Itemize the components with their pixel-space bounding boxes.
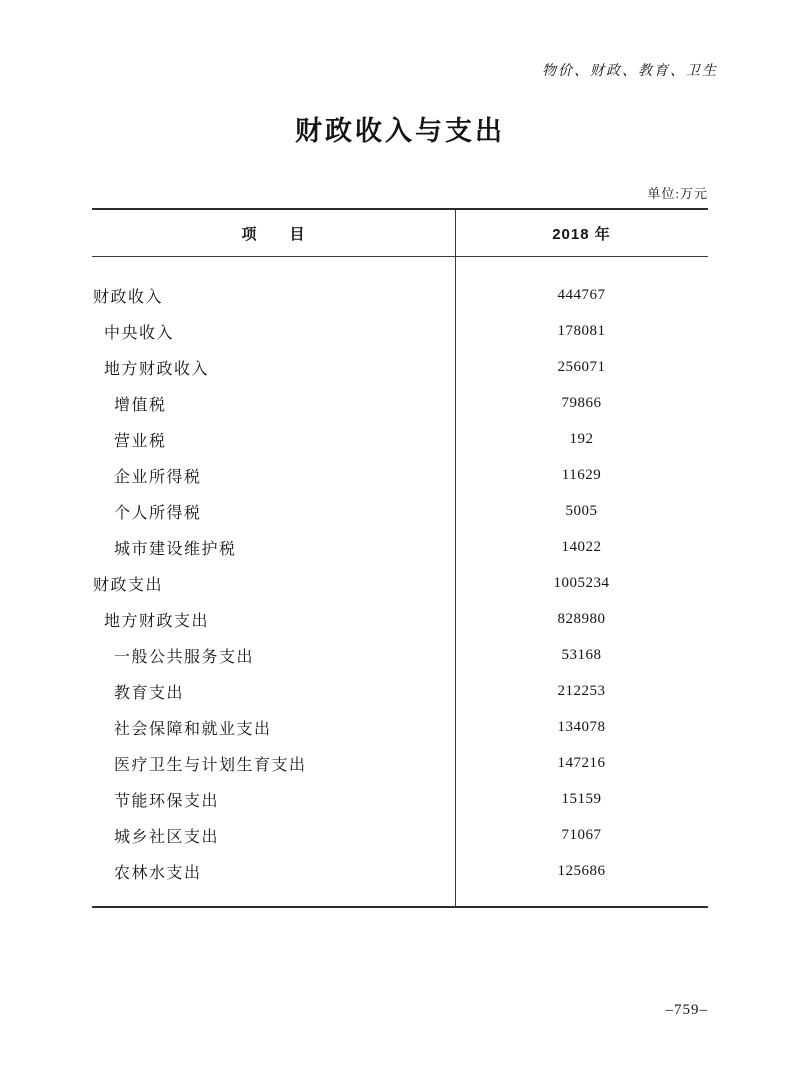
table-row: 医疗卫生与计划生育支出 147216 — [92, 745, 708, 781]
table-row: 城市建设维护税 14022 — [92, 529, 708, 565]
row-value: 192 — [455, 431, 708, 448]
row-label: 城乡社区支出 — [92, 824, 455, 847]
fiscal-table: 项 目 2018 年 财政收入 444767 中央收入 178081 地方财政收… — [92, 208, 708, 908]
row-value: 79866 — [455, 395, 708, 412]
column-divider — [455, 210, 456, 906]
row-label: 中央收入 — [92, 320, 455, 343]
running-head: 物价、财政、教育、卫生 — [542, 60, 718, 80]
row-label: 个人所得税 — [92, 500, 455, 523]
row-value: 147216 — [455, 755, 708, 772]
row-value: 125686 — [455, 863, 708, 880]
table-row: 城乡社区支出 71067 — [92, 817, 708, 853]
row-value: 15159 — [455, 791, 708, 808]
table-header-row: 项 目 2018 年 — [92, 210, 708, 257]
table-row: 企业所得税 11629 — [92, 457, 708, 493]
row-value: 11629 — [455, 467, 708, 484]
row-value: 14022 — [455, 539, 708, 556]
row-label: 城市建设维护税 — [92, 536, 455, 559]
row-label: 地方财政支出 — [92, 608, 455, 631]
row-value: 134078 — [455, 719, 708, 736]
row-value: 828980 — [455, 611, 708, 628]
row-label: 教育支出 — [92, 680, 455, 703]
table-row: 增值税 79866 — [92, 385, 708, 421]
table-row: 地方财政支出 828980 — [92, 601, 708, 637]
row-value: 256071 — [455, 359, 708, 376]
row-label: 财政收入 — [92, 284, 455, 307]
row-label: 企业所得税 — [92, 464, 455, 487]
row-label: 财政支出 — [92, 572, 455, 595]
unit-label: 单位:万元 — [647, 183, 708, 202]
table-row: 中央收入 178081 — [92, 313, 708, 349]
document-page: 物价、财政、教育、卫生 财政收入与支出 单位:万元 项 目 2018 年 财政收… — [0, 0, 800, 1088]
table-row: 教育支出 212253 — [92, 673, 708, 709]
row-value: 444767 — [455, 287, 708, 304]
row-label: 营业税 — [92, 428, 455, 451]
table-row: 财政支出 1005234 — [92, 565, 708, 601]
row-label: 增值税 — [92, 392, 455, 415]
table-row: 社会保障和就业支出 134078 — [92, 709, 708, 745]
page-number: –759– — [666, 1002, 709, 1019]
row-label: 地方财政收入 — [92, 356, 455, 379]
row-value: 178081 — [455, 323, 708, 340]
row-label: 一般公共服务支出 — [92, 644, 455, 667]
table-row: 地方财政收入 256071 — [92, 349, 708, 385]
row-value: 71067 — [455, 827, 708, 844]
row-value: 1005234 — [455, 575, 708, 592]
table-row: 个人所得税 5005 — [92, 493, 708, 529]
column-header-year: 2018 年 — [455, 223, 708, 244]
table-row: 一般公共服务支出 53168 — [92, 637, 708, 673]
row-value: 5005 — [455, 503, 708, 520]
row-value: 53168 — [455, 647, 708, 664]
table-body: 财政收入 444767 中央收入 178081 地方财政收入 256071 增值… — [92, 257, 708, 906]
table-row: 节能环保支出 15159 — [92, 781, 708, 817]
row-label: 医疗卫生与计划生育支出 — [92, 752, 455, 775]
table-row: 农林水支出 125686 — [92, 853, 708, 889]
row-label: 农林水支出 — [92, 860, 455, 883]
row-value: 212253 — [455, 683, 708, 700]
row-label: 节能环保支出 — [92, 788, 455, 811]
column-header-item: 项 目 — [92, 223, 455, 244]
table-row: 营业税 192 — [92, 421, 708, 457]
page-title: 财政收入与支出 — [0, 109, 800, 148]
row-label: 社会保障和就业支出 — [92, 716, 455, 739]
table-row: 财政收入 444767 — [92, 277, 708, 313]
